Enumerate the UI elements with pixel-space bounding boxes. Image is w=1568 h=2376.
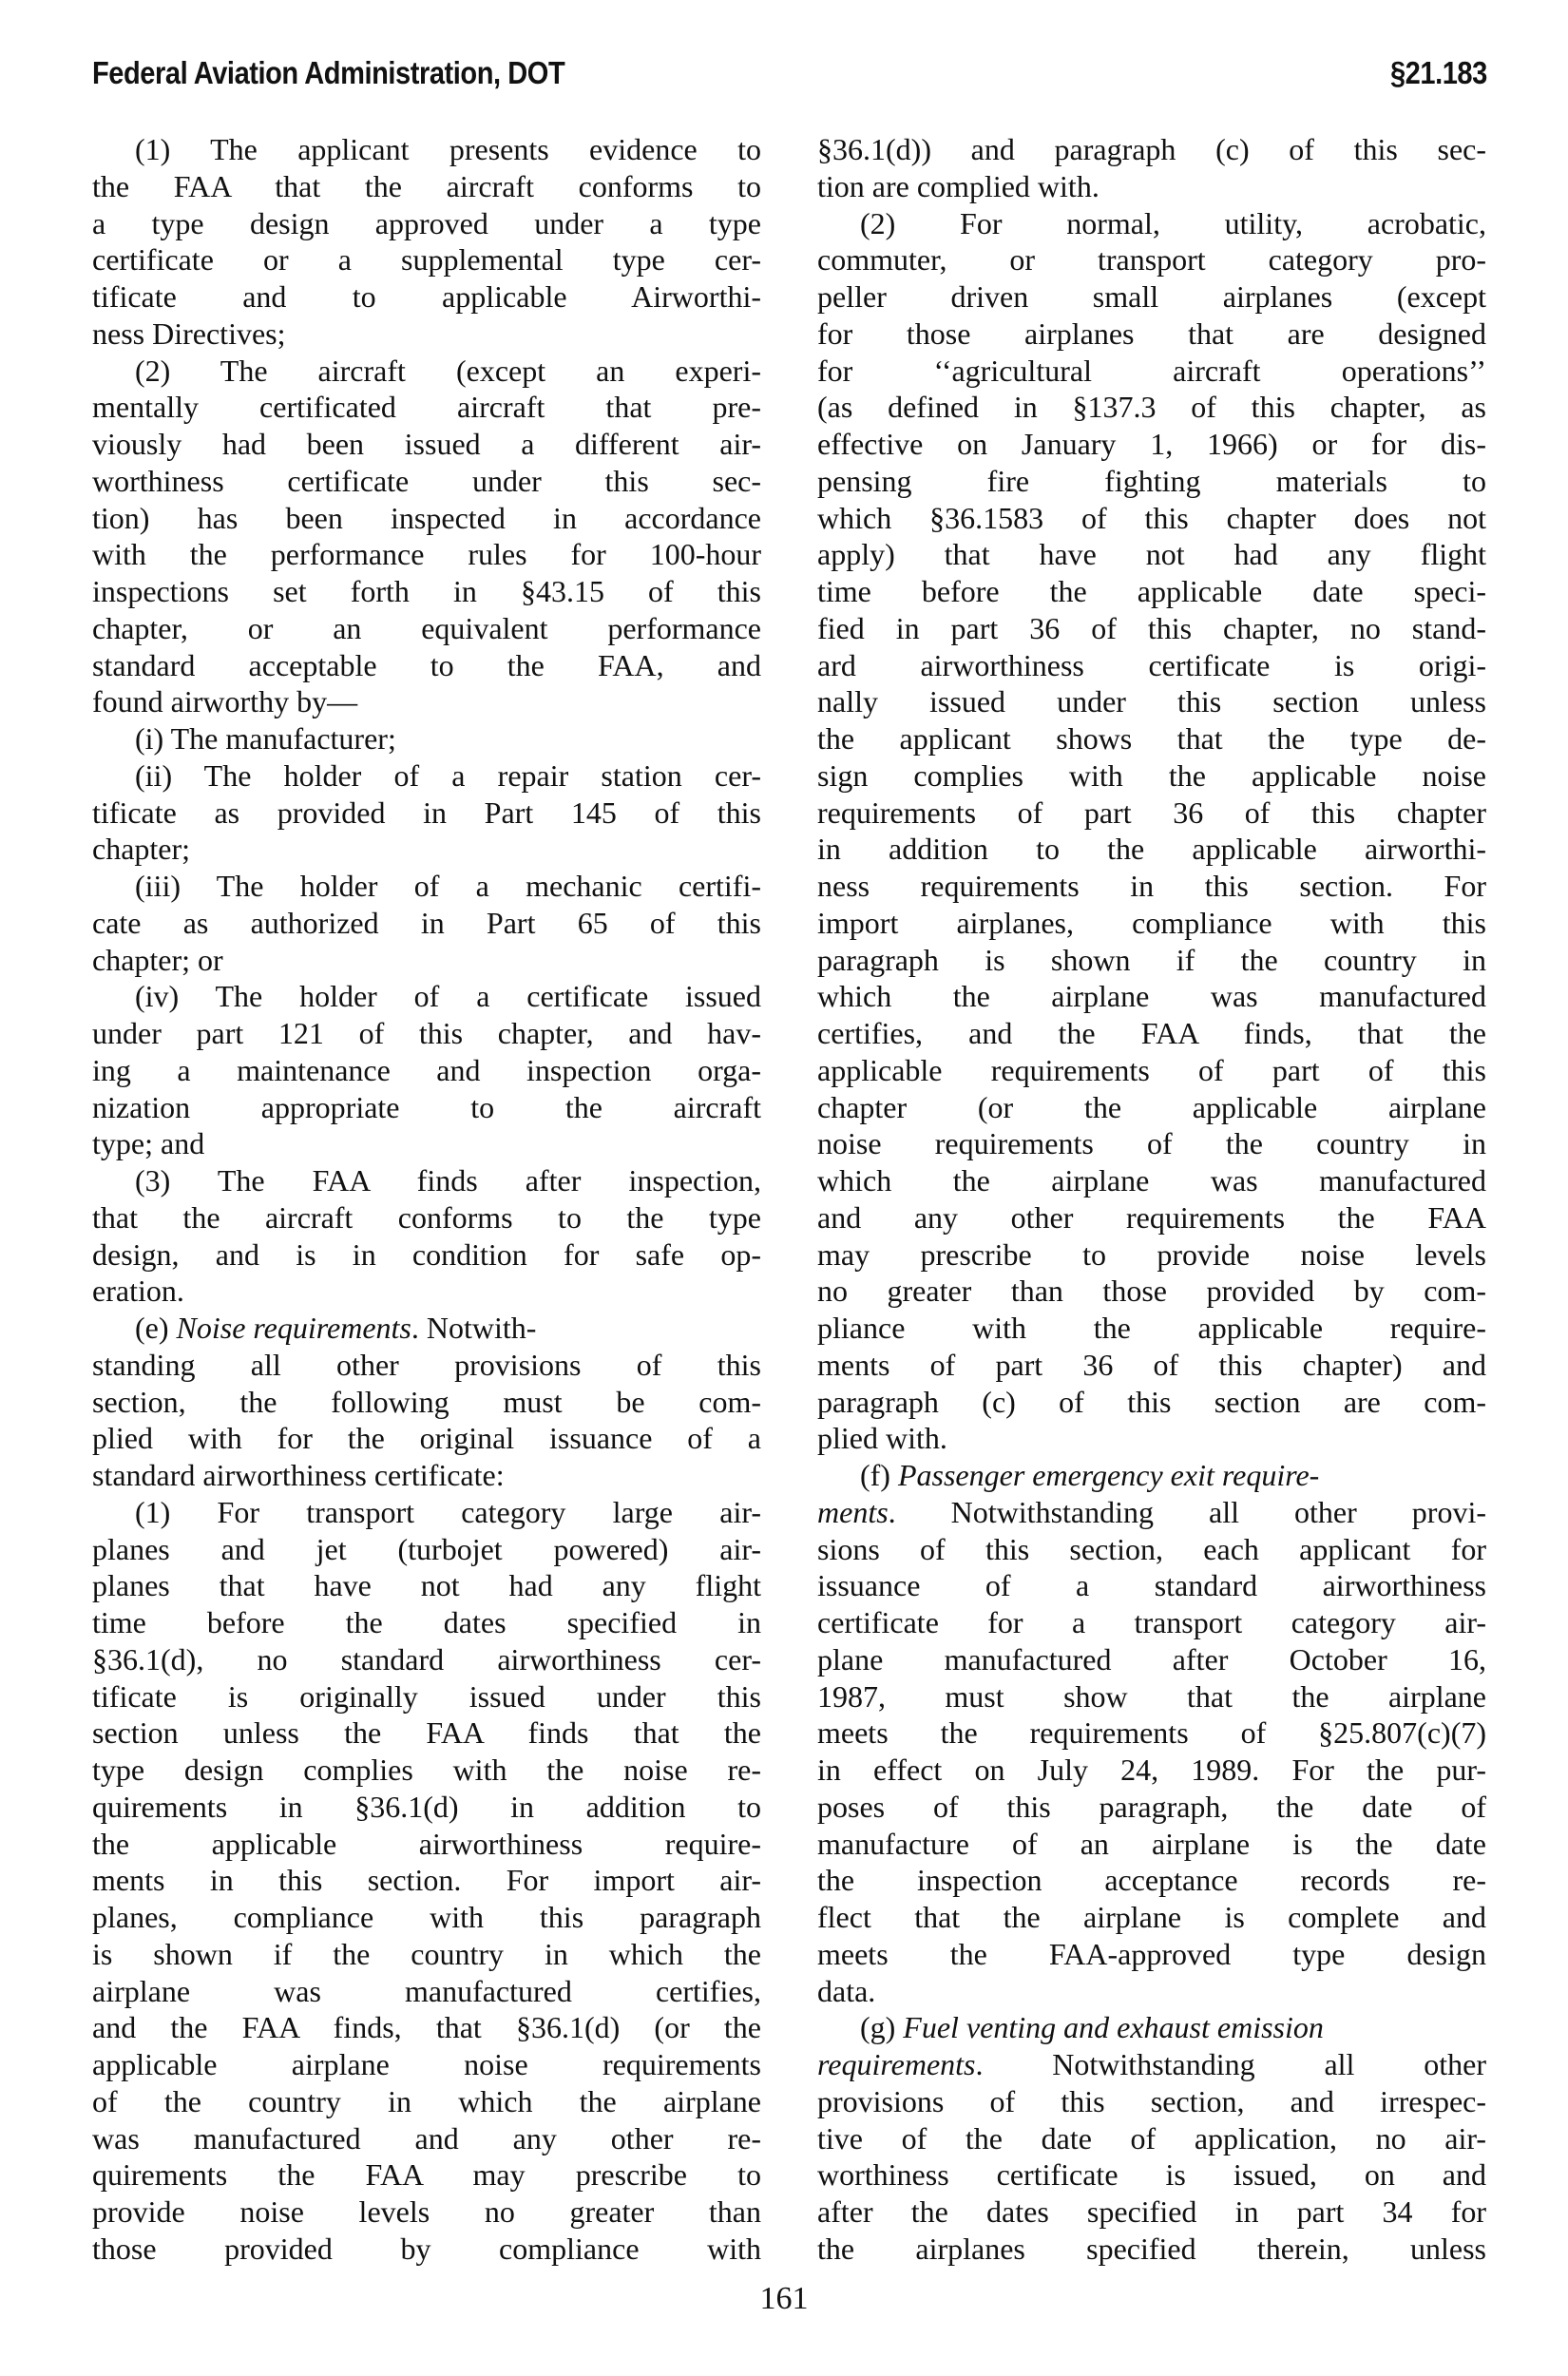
text-line: effective on January 1, 1966) or for dis… — [817, 426, 1486, 463]
text-line: 1987, must show that the airplane — [817, 1678, 1486, 1715]
text-line: and any other requirements the FAA — [817, 1199, 1486, 1236]
text-line: (g) Fuel venting and exhaust emission — [817, 2009, 1486, 2046]
text-line: quirements in §36.1(d) in addition to — [92, 1789, 761, 1826]
text-line: the airplanes specified therein, unless — [817, 2231, 1486, 2268]
text-line: applicable requirements of part of this — [817, 1052, 1486, 1089]
text-line: standard acceptable to the FAA, and — [92, 647, 761, 684]
text-line: standing all other provisions of this — [92, 1347, 761, 1384]
text-line: worthiness certificate under this sec- — [92, 463, 761, 500]
text-line: no greater than those provided by com- — [817, 1273, 1486, 1310]
text-line: time before the dates specified in — [92, 1604, 761, 1641]
text-line: type; and — [92, 1125, 761, 1162]
text-line: tificate and to applicable Airworthi- — [92, 278, 761, 316]
text-line: mentally certificated aircraft that pre- — [92, 389, 761, 426]
text-line: meets the requirements of §25.807(c)(7) — [817, 1715, 1486, 1752]
text-line: import airplanes, compliance with this — [817, 905, 1486, 942]
agency-title: Federal Aviation Administration, DOT — [92, 55, 564, 91]
text-line: meets the FAA-approved type design — [817, 1936, 1486, 1973]
text-line: paragraph (c) of this section are com- — [817, 1384, 1486, 1421]
paragraph-heading: Passenger emergency exit require- — [898, 1458, 1319, 1492]
text-line: eration. — [92, 1273, 761, 1310]
text-line: flect that the airplane is complete and — [817, 1899, 1486, 1936]
text-line: those provided by compliance with — [92, 2231, 761, 2268]
text-line: requirements. Notwithstanding all other — [817, 2046, 1486, 2083]
text-line: after the dates specified in part 34 for — [817, 2194, 1486, 2231]
text-line: (f) Passenger emergency exit require- — [817, 1457, 1486, 1494]
text-line: sign complies with the applicable noise — [817, 757, 1486, 795]
text-line: fied in part 36 of this chapter, no stan… — [817, 610, 1486, 647]
text-line: (iii) The holder of a mechanic certifi- — [92, 868, 761, 905]
text-line: ness Directives; — [92, 316, 761, 353]
text-line: (i) The manufacturer; — [92, 720, 761, 757]
text-line: planes and jet (turbojet powered) air- — [92, 1531, 761, 1568]
text-line: (3) The FAA finds after inspection, — [92, 1162, 761, 1199]
text-line: a type design approved under a type — [92, 205, 761, 242]
text-line: requirements of part 36 of this chapter — [817, 795, 1486, 832]
text-line: chapter; — [92, 831, 761, 868]
text-line: §36.1(d), no standard airworthiness cer- — [92, 1641, 761, 1678]
text-line: sions of this section, each applicant fo… — [817, 1531, 1486, 1568]
text-line: quirements the FAA may prescribe to — [92, 2156, 761, 2194]
text-line: the applicant shows that the type de- — [817, 720, 1486, 757]
text-line: and the FAA finds, that §36.1(d) (or the — [92, 2009, 761, 2046]
text-line: plied with for the original issuance of … — [92, 1420, 761, 1457]
text-line: tion) has been inspected in accordance — [92, 500, 761, 537]
text-line: (2) For normal, utility, acrobatic, — [817, 205, 1486, 242]
page-number: 161 — [0, 2281, 1568, 2317]
text-line: tificate as provided in Part 145 of this — [92, 795, 761, 832]
text-line: may prescribe to provide noise levels — [817, 1236, 1486, 1274]
text-line: design, and is in condition for safe op- — [92, 1236, 761, 1274]
text-line: commuter, or transport category pro- — [817, 241, 1486, 278]
paragraph-heading: Noise requirements — [177, 1311, 411, 1345]
text-line: found airworthy by— — [92, 683, 761, 720]
text-line: ments. Notwithstanding all other provi- — [817, 1494, 1486, 1531]
text-line: cate as authorized in Part 65 of this — [92, 905, 761, 942]
text-line: inspections set forth in §43.15 of this — [92, 573, 761, 610]
text-line: ness requirements in this section. For — [817, 868, 1486, 905]
text-line: provisions of this section, and irrespec… — [817, 2083, 1486, 2120]
text-line: tion are complied with. — [817, 168, 1486, 205]
text-line: peller driven small airplanes (except — [817, 278, 1486, 316]
paragraph-heading: requirements — [817, 2047, 975, 2081]
section-number: §21.183 — [1390, 55, 1487, 91]
paragraph-heading: Fuel venting and exhaust emission — [903, 2010, 1324, 2044]
text-line: for ‘‘agricultural aircraft operations’’ — [817, 353, 1486, 390]
text-line: standard airworthiness certificate: — [92, 1457, 761, 1494]
text-line: chapter (or the applicable airplane — [817, 1089, 1486, 1126]
text-line: section, the following must be com- — [92, 1384, 761, 1421]
paragraph-heading: ments — [817, 1495, 889, 1529]
text-line: issuance of a standard airworthiness — [817, 1567, 1486, 1604]
right-text-column: §36.1(d)) and paragraph (c) of this sec-… — [817, 131, 1486, 2268]
text-line: poses of this paragraph, the date of — [817, 1789, 1486, 1826]
text-line: ments in this section. For import air- — [92, 1862, 761, 1899]
running-header: Federal Aviation Administration, DOT §21… — [92, 55, 1320, 103]
text-line: which the airplane was manufactured — [817, 978, 1486, 1015]
text-line: in effect on July 24, 1989. For the pur- — [817, 1752, 1486, 1789]
text-line: certificate or a supplemental type cer- — [92, 241, 761, 278]
text-line: is shown if the country in which the — [92, 1936, 761, 1973]
text-line: (iv) The holder of a certificate issued — [92, 978, 761, 1015]
text-line: which §36.1583 of this chapter does not — [817, 500, 1486, 537]
text-line: (1) For transport category large air- — [92, 1494, 761, 1531]
text-line: chapter, or an equivalent performance — [92, 610, 761, 647]
text-line: provide noise levels no greater than — [92, 2194, 761, 2231]
text-line: ard airworthiness certificate is origi- — [817, 647, 1486, 684]
text-line: in addition to the applicable airworthi- — [817, 831, 1486, 868]
text-line: which the airplane was manufactured — [817, 1162, 1486, 1199]
text-line: noise requirements of the country in — [817, 1125, 1486, 1162]
text-line: certifies, and the FAA finds, that the — [817, 1015, 1486, 1052]
text-line: applicable airplane noise requirements — [92, 2046, 761, 2083]
text-line: nally issued under this section unless — [817, 683, 1486, 720]
text-line: tificate is originally issued under this — [92, 1678, 761, 1715]
text-line: pliance with the applicable require- — [817, 1310, 1486, 1347]
text-line: chapter; or — [92, 942, 761, 979]
text-line: worthiness certificate is issued, on and — [817, 2156, 1486, 2194]
text-line: the FAA that the aircraft conforms to — [92, 168, 761, 205]
text-line: that the aircraft conforms to the type — [92, 1199, 761, 1236]
text-line: (2) The aircraft (except an experi- — [92, 353, 761, 390]
text-line: plane manufactured after October 16, — [817, 1641, 1486, 1678]
text-line: under part 121 of this chapter, and hav- — [92, 1015, 761, 1052]
text-line: §36.1(d)) and paragraph (c) of this sec- — [817, 131, 1486, 168]
text-line: pensing fire fighting materials to — [817, 463, 1486, 500]
text-line: the inspection acceptance records re- — [817, 1862, 1486, 1899]
text-line: with the performance rules for 100-hour — [92, 536, 761, 573]
text-line: section unless the FAA finds that the — [92, 1715, 761, 1752]
text-line: (ii) The holder of a repair station cer- — [92, 757, 761, 795]
left-text-column: (1) The applicant presents evidence toth… — [92, 131, 761, 2268]
text-line: ing a maintenance and inspection orga- — [92, 1052, 761, 1089]
text-line: was manufactured and any other re- — [92, 2120, 761, 2157]
text-line: of the country in which the airplane — [92, 2083, 761, 2120]
text-line: paragraph is shown if the country in — [817, 942, 1486, 979]
text-line: ments of part 36 of this chapter) and — [817, 1347, 1486, 1384]
text-line: (1) The applicant presents evidence to — [92, 131, 761, 168]
text-line: airplane was manufactured certifies, — [92, 1973, 761, 2010]
text-line: apply) that have not had any flight — [817, 536, 1486, 573]
text-line: planes, compliance with this paragraph — [92, 1899, 761, 1936]
text-line: data. — [817, 1973, 1486, 2010]
text-line: (as defined in §137.3 of this chapter, a… — [817, 389, 1486, 426]
text-line: planes that have not had any flight — [92, 1567, 761, 1604]
text-line: nization appropriate to the aircraft — [92, 1089, 761, 1126]
text-line: certificate for a transport category air… — [817, 1604, 1486, 1641]
text-line: manufacture of an airplane is the date — [817, 1826, 1486, 1863]
text-line: plied with. — [817, 1420, 1486, 1457]
text-line: type design complies with the noise re- — [92, 1752, 761, 1789]
text-line: for those airplanes that are designed — [817, 316, 1486, 353]
text-line: viously had been issued a different air- — [92, 426, 761, 463]
text-line: (e) Noise requirements. Notwith- — [92, 1310, 761, 1347]
text-line: time before the applicable date speci- — [817, 573, 1486, 610]
text-line: the applicable airworthiness require- — [92, 1826, 761, 1863]
text-line: tive of the date of application, no air- — [817, 2120, 1486, 2157]
